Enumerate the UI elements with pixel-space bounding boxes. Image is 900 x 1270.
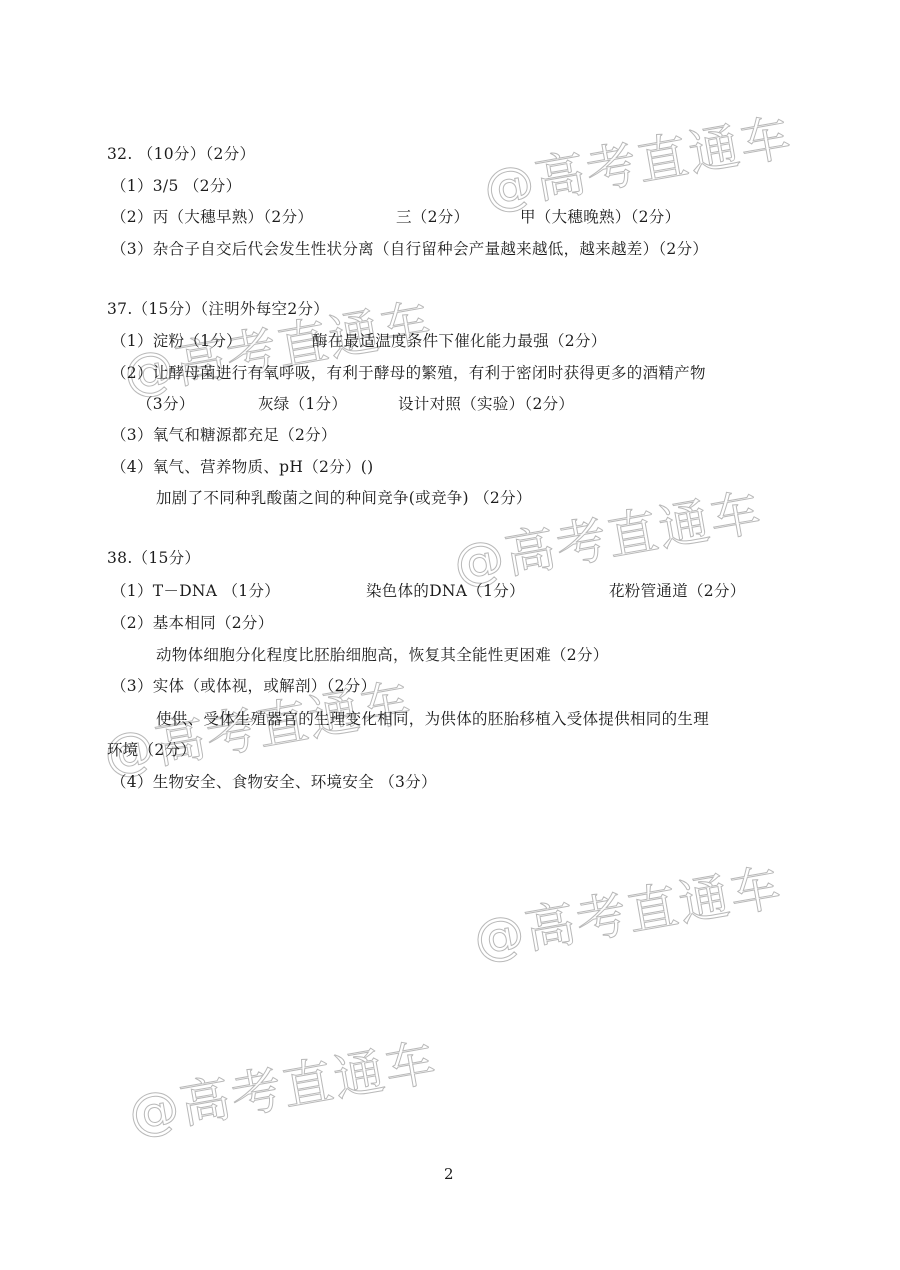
q37-part1-a: （1）淀粉（1分） [111,329,242,351]
page-number: 2 [444,1165,454,1183]
q37-part1-b: 酶在最适温度条件下催化能力最强（2分） [312,329,607,351]
q38-part1-a: （1）T－DNA （1分） [111,579,280,601]
q32-part3: （3）杂合子自交后代会发生性状分离（自行留种会产量越来越低，越来越差）（2分） [111,237,708,259]
watermark: @高考直通车 [467,847,787,972]
q37-part2-cont-b: 灰绿（1分） [258,392,347,414]
q32-part2-c: 甲（大穗晚熟）（2分） [520,205,680,227]
q37-part2: （2）让酵母菌进行有氧呼吸，有利于酵母的繁殖，有利于密闭时获得更多的酒精产物 [111,361,706,383]
q38-part3: （3）实体（或体视，或解剖）（2分） [111,674,376,696]
q37-part4: （4）氧气、营养物质、pH（2分）() [111,455,373,477]
q37-part3: （3）氧气和糖源都充足（2分） [111,423,337,445]
q37-part2-cont-a: （3分） [137,392,195,414]
q37-part2-cont-c: 设计对照（实验）（2分） [398,392,574,414]
q38-part2: （2）基本相同（2分） [111,611,274,633]
watermark: @高考直通车 [122,1022,442,1147]
watermark: @高考直通车 [477,97,797,222]
q32-part2-b: 三（2分） [396,205,469,227]
q37-part4-b: 加剧了不同种乳酸菌之间的种间竞争(或竞争) （2分） [156,486,532,508]
q38-part3-b: 使供、受体生殖器官的生理变化相同，为供体的胚胎移植入受体提供相同的生理 [156,707,709,729]
q32-part1: （1）3/5 （2分） [111,174,241,196]
q38-part2-b: 动物体细胞分化程度比胚胎细胞高，恢复其全能性更困难（2分） [156,643,609,665]
q38-part3-c: 环境（2分） [107,738,196,760]
q38-header: 38.（15分） [107,546,200,568]
q38-part4: （4）生物安全、食物安全、环境安全 （3分） [111,770,437,792]
q32-header: 32. （10分）（2分） [107,142,255,164]
q38-part1-b: 染色体的DNA（1分） [366,579,525,601]
q38-part1-c: 花粉管通道（2分） [609,579,746,601]
q37-header: 37.（15分）（注明外每空2分） [107,297,329,319]
q32-part2-a: （2）丙（大穗早熟）（2分） [111,205,313,227]
